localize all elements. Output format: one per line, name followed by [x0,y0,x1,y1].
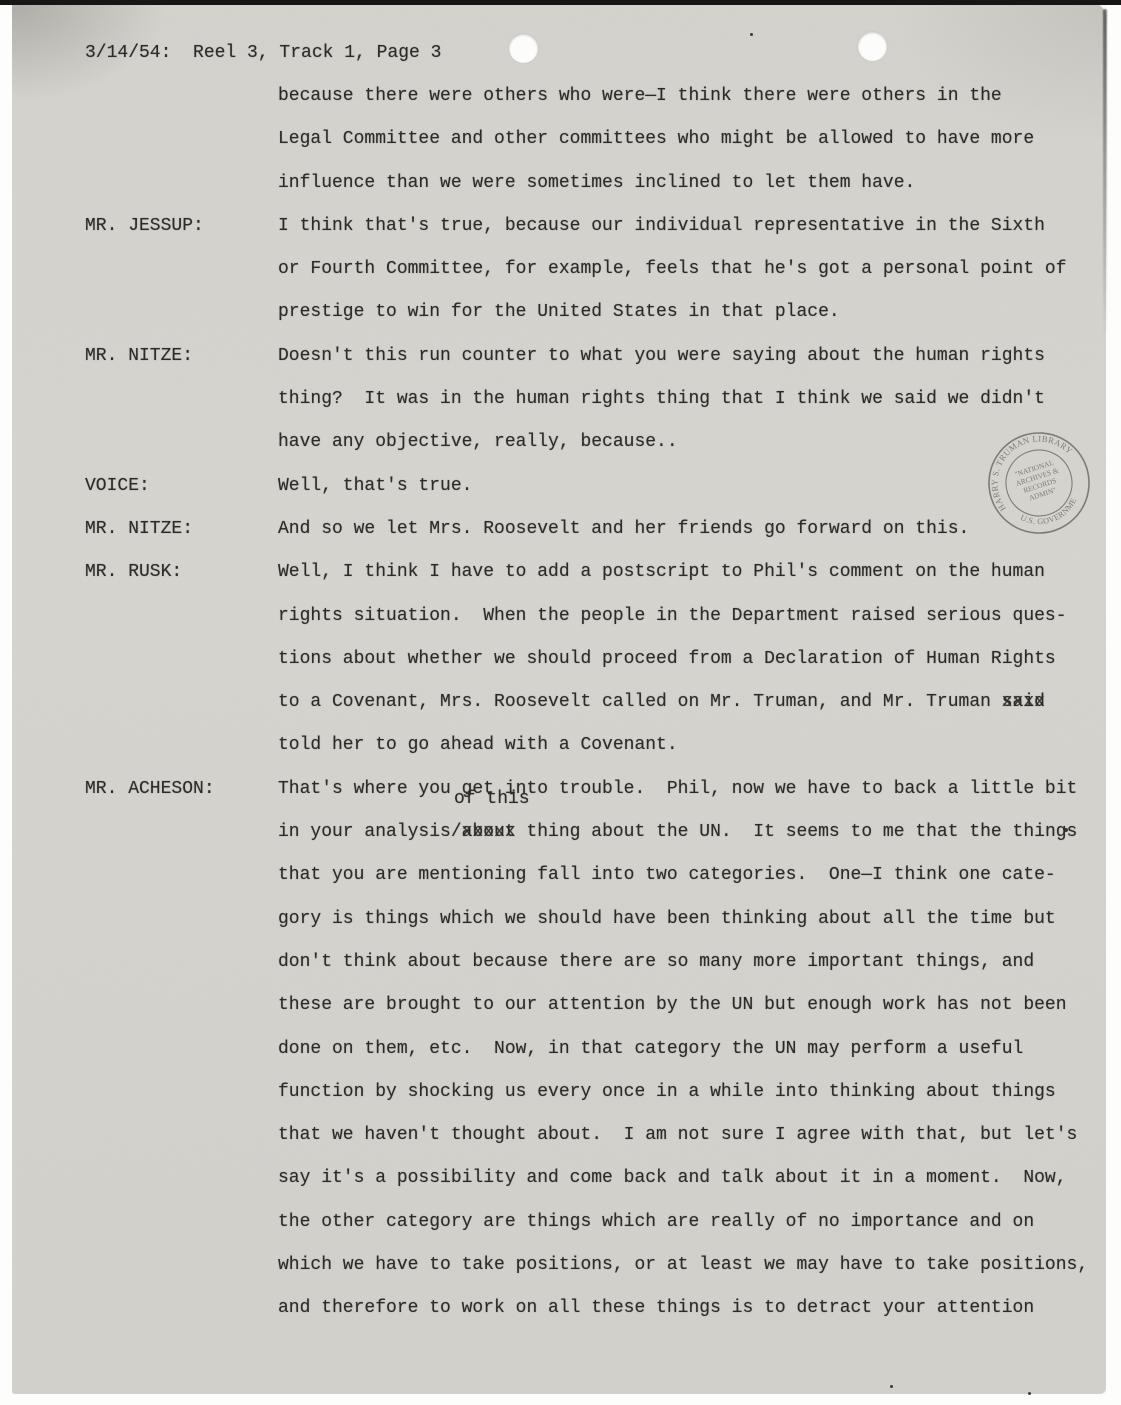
transcript-line: these are brought to our attention by th… [278,984,1097,1027]
paper-sheet: 3/14/54: Reel 3, Track 1, Page 3 because… [12,3,1106,1394]
entry-lines: I think that's true, because our individ… [278,205,1097,335]
text-segment: in your analysis/ [278,822,462,842]
speaker-label: MR. NITZE: [85,508,278,551]
ink-speck [750,33,753,36]
transcript-entry: VOICE:Well, that's true. [85,465,1097,508]
transcript-line: That's where you get into trouble. Phil,… [278,768,1097,811]
punch-hole-left [509,34,538,63]
transcript-line: Doesn't this run counter to what you wer… [278,335,1097,378]
transcript-entry: because there were others who were—I thi… [85,75,1097,205]
entry-lines: Well, I think I have to add a postscript… [278,551,1097,767]
entry-lines: That's where you get into trouble. Phil,… [278,768,1097,1331]
transcript-line: that we haven't thought about. I am not … [278,1114,1097,1157]
speaker-label: VOICE: [85,465,278,508]
scanned-transcript-page: 3/14/54: Reel 3, Track 1, Page 3 because… [0,0,1121,1405]
speaker-label: MR. ACHESON: [85,768,278,811]
transcript-line: I think that's true, because our individ… [278,205,1097,248]
transcript-line: have any objective, really, because.. [278,421,1097,464]
transcript-entry: MR. NITZE:And so we let Mrs. Roosevelt a… [85,508,1097,551]
transcript-line: that you are mentioning fall into two ca… [278,854,1097,897]
transcript-line: tions about whether we should proceed fr… [278,638,1097,681]
struck-out-text: aboutxxxxx [462,811,516,854]
transcript-line: influence than we were sometimes incline… [278,162,1097,205]
transcript-line: thing? It was in the human rights thing … [278,378,1097,421]
transcript: because there were others who were—I thi… [85,75,1097,1331]
text-segment: to a Covenant, Mrs. Roosevelt called on … [278,692,1002,712]
speaker-label: MR. RUSK: [85,551,278,594]
transcript-entry: MR. NITZE:Doesn't this run counter to wh… [85,335,1097,465]
transcript-line: And so we let Mrs. Roosevelt and her fri… [278,508,1097,551]
punch-hole-right [858,32,887,61]
transcript-line: prestige to win for the United States in… [278,291,1097,334]
entry-lines: Doesn't this run counter to what you wer… [278,335,1097,465]
transcript-line: don't think about because there are so m… [278,941,1097,984]
transcript-line: of thisin your analysis/aboutxxxxx thing… [278,811,1097,854]
ink-speck [1028,1392,1031,1395]
entry-lines: because there were others who were—I thi… [278,75,1097,205]
transcript-line: rights situation. When the people in the… [278,595,1097,638]
entry-lines: And so we let Mrs. Roosevelt and her fri… [278,508,1097,551]
transcript-line: Legal Committee and other committees who… [278,118,1097,161]
inserted-correction-text: of this [454,790,530,808]
transcript-line: gory is things which we should have been… [278,898,1097,941]
transcript-line: or Fourth Committee, for example, feels … [278,248,1097,291]
transcript-entry: MR. JESSUP:I think that's true, because … [85,205,1097,335]
transcript-entry: MR. ACHESON:That's where you get into tr… [85,768,1097,1331]
transcript-entry: MR. RUSK:Well, I think I have to add a p… [85,551,1097,767]
transcript-line: say it's a possibility and come back and… [278,1157,1097,1200]
transcript-line: because there were others who were—I thi… [278,75,1097,118]
transcript-line: Well, that's true. [278,465,1097,508]
transcript-line: and therefore to work on all these thing… [278,1287,1097,1330]
transcript-line: done on them, etc. Now, in that category… [278,1028,1097,1071]
transcript-line: to a Covenant, Mrs. Roosevelt called on … [278,681,1097,724]
transcript-line: told her to go ahead with a Covenant. [278,724,1097,767]
speaker-label: MR. JESSUP: [85,205,278,248]
paper-right-edge-shadow [1103,9,1107,339]
transcript-line: Well, I think I have to add a postscript… [278,551,1097,594]
scan-top-edge [0,0,1121,5]
entry-lines: Well, that's true. [278,465,1097,508]
transcript-line: which we have to take positions, or at l… [278,1244,1097,1287]
archives-stamp: HARRY S. TRUMAN LIBRARY U.S. GOVERNMENT … [978,422,1100,544]
struck-out-text: saidxxxx [1002,681,1045,724]
speaker-label: MR. NITZE: [85,335,278,378]
text-segment: thing about the UN. It seems to me that … [516,822,1078,842]
page-header: 3/14/54: Reel 3, Track 1, Page 3 [85,43,441,63]
ink-speck [890,1385,893,1388]
transcript-line: function by shocking us every once in a … [278,1071,1097,1114]
transcript-line: the other category are things which are … [278,1201,1097,1244]
